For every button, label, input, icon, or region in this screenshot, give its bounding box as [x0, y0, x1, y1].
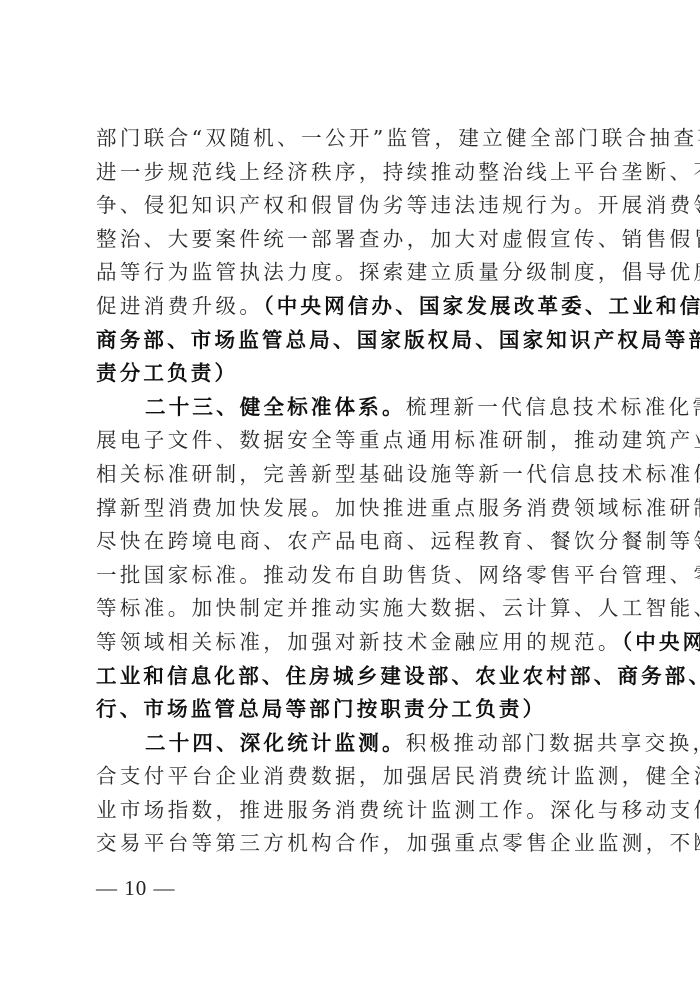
- text-line: 一批国家标准。推动发布自助售货、网络零售平台管理、零售直播: [96, 559, 606, 593]
- text-line: 撑新型消费加快发展。加快推进重点服务消费领域标准研制工作，: [96, 492, 606, 526]
- text-line: 尽快在跨境电商、农产品电商、远程教育、餐饮分餐制等领域出台: [96, 525, 606, 559]
- text-segment: 争、侵犯知识产权和假冒伪劣等违法违规行为。开展消费领域专项: [96, 193, 700, 217]
- text-line: 责分工负责）: [96, 357, 606, 391]
- text-line: 行、市场监管总局等部门按职责分工负责）: [96, 693, 606, 727]
- bold-text-segment: 工业和信息化部、住房城乡建设部、农业农村部、商务部、人民银: [96, 664, 700, 688]
- text-line: 等领域相关标准，加强对新技术金融应用的规范。（中央网信办、: [96, 626, 606, 660]
- page-number: — 10 —: [96, 876, 176, 901]
- text-segment: 等领域相关标准，加强对新技术金融应用的规范。: [96, 630, 622, 654]
- text-segment: 梳理新一代信息技术标准化需求，开: [406, 395, 700, 419]
- bold-text-segment: 商务部、市场监管总局、国家版权局、国家知识产权局等部门按职: [96, 328, 700, 352]
- text-segment: 业市场指数，推进服务消费统计监测工作。深化与移动支付、网上: [96, 798, 700, 822]
- text-segment: 一批国家标准。推动发布自助售货、网络零售平台管理、零售直播: [96, 563, 700, 587]
- bold-text-segment: 行、市场监管总局等部门按职责分工负责）: [96, 697, 546, 721]
- text-line: 整治、大要案件统一部署查办，加大对虚假宣传、销售假冒伪劣商: [96, 223, 606, 257]
- text-line: 部门联合“双随机、一公开”监管，建立健全部门联合抽查事项清单。: [96, 122, 606, 156]
- text-segment: 部门联合“双随机、一公开”监管，建立健全部门联合抽查事项清单。: [96, 126, 700, 150]
- text-line: 二十三、健全标准体系。梳理新一代信息技术标准化需求，开: [96, 391, 606, 425]
- text-segment: 合支付平台企业消费数据，加强居民消费统计监测，健全消费品专: [96, 764, 700, 788]
- text-segment: 等标准。加快制定并推动实施大数据、云计算、人工智能、区块链: [96, 596, 700, 620]
- text-segment: 进一步规范线上经济秩序，持续推动整治线上平台垄断、不正当竞: [96, 160, 700, 184]
- text-line: 交易平台等第三方机构合作，加强重点零售企业监测，不断完善网: [96, 827, 606, 861]
- bold-text-segment: （中央网信办、国家发展改革委、工业和信息化部、: [263, 294, 700, 318]
- text-segment: 交易平台等第三方机构合作，加强重点零售企业监测，不断完善网: [96, 831, 700, 855]
- document-page: 部门联合“双随机、一公开”监管，建立健全部门联合抽查事项清单。进一步规范线上经济…: [0, 0, 700, 990]
- text-line: 二十四、深化统计监测。积极推动部门数据共享交换，有效聚: [96, 727, 606, 761]
- text-line: 展电子文件、数据安全等重点通用标准研制，推动建筑产业互联网: [96, 424, 606, 458]
- text-segment: 品等行为监管执法力度。探索建立质量分级制度，倡导优质优价，: [96, 260, 700, 284]
- text-line: 合支付平台企业消费数据，加强居民消费统计监测，健全消费品专: [96, 760, 606, 794]
- text-line: 争、侵犯知识产权和假冒伪劣等违法违规行为。开展消费领域专项: [96, 189, 606, 223]
- text-segment: 促进消费升级。: [96, 294, 263, 318]
- text-segment: 展电子文件、数据安全等重点通用标准研制，推动建筑产业互联网: [96, 428, 700, 452]
- text-line: 促进消费升级。（中央网信办、国家发展改革委、工业和信息化部、: [96, 290, 606, 324]
- text-segment: 积极推动部门数据共享交换，有效聚: [406, 731, 700, 755]
- text-segment: 撑新型消费加快发展。加快推进重点服务消费领域标准研制工作，: [96, 496, 700, 520]
- bold-text-segment: （中央网信办、: [622, 630, 700, 654]
- text-line: 等标准。加快制定并推动实施大数据、云计算、人工智能、区块链: [96, 592, 606, 626]
- text-segment: 相关标准研制，完善新型基础设施等新一代信息技术标准体系，支: [96, 462, 700, 486]
- text-line: 工业和信息化部、住房城乡建设部、农业农村部、商务部、人民银: [96, 660, 606, 694]
- text-segment: 尽快在跨境电商、农产品电商、远程教育、餐饮分餐制等领域出台: [96, 529, 700, 553]
- text-line: 业市场指数，推进服务消费统计监测工作。深化与移动支付、网上: [96, 794, 606, 828]
- bold-text-segment: 二十三、健全标准体系。: [145, 395, 406, 419]
- bold-text-segment: 二十四、深化统计监测。: [145, 731, 406, 755]
- text-line: 品等行为监管执法力度。探索建立质量分级制度，倡导优质优价，: [96, 256, 606, 290]
- body-text: 部门联合“双随机、一公开”监管，建立健全部门联合抽查事项清单。进一步规范线上经济…: [96, 122, 606, 861]
- text-segment: 整治、大要案件统一部署查办，加大对虚假宣传、销售假冒伪劣商: [96, 227, 700, 251]
- bold-text-segment: 责分工负责）: [96, 361, 238, 385]
- text-line: 商务部、市场监管总局、国家版权局、国家知识产权局等部门按职: [96, 324, 606, 358]
- text-line: 相关标准研制，完善新型基础设施等新一代信息技术标准体系，支: [96, 458, 606, 492]
- text-line: 进一步规范线上经济秩序，持续推动整治线上平台垄断、不正当竞: [96, 156, 606, 190]
